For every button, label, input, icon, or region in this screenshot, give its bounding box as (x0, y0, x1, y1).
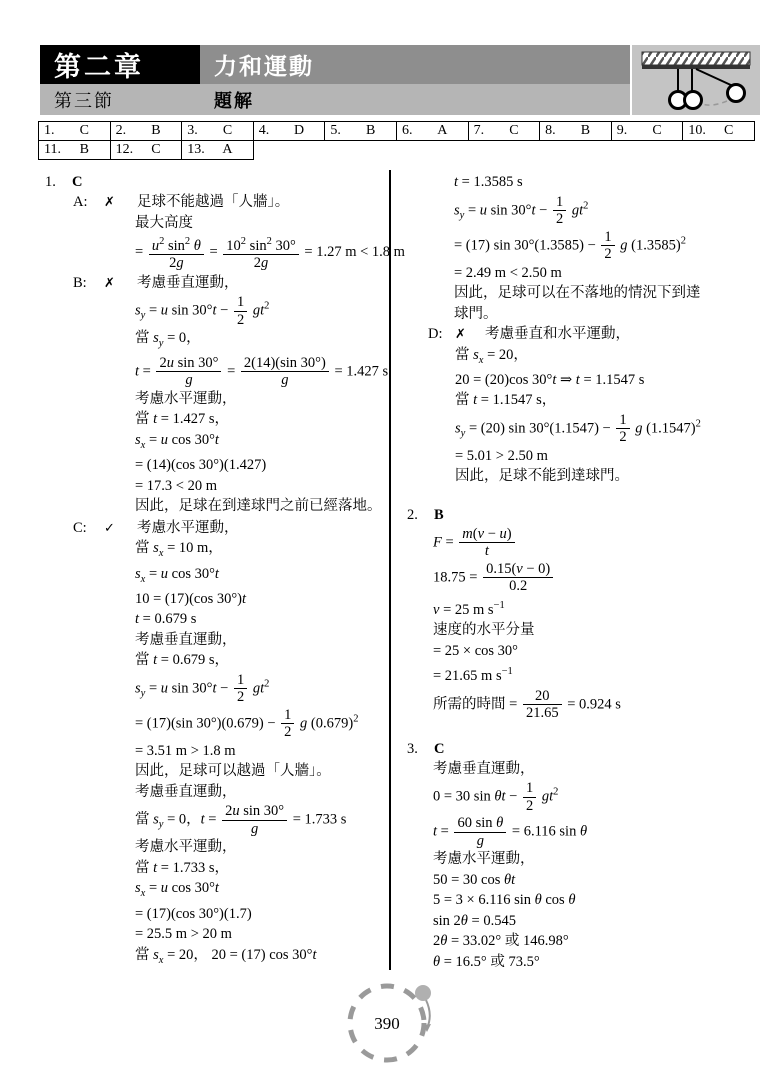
solution-line: = 3.51 m > 1.8 m (135, 742, 388, 762)
solution-line: sy = u sin 30°t − 12 gt2 (135, 294, 388, 328)
question-number: 9. (612, 123, 644, 139)
solution-lines: 考慮垂直運動，0 = 30 sin θt − 12 gt2t = 60 sin … (433, 760, 774, 973)
solution-line: 當 sx = 20， 20 = (17) cos 30°t (135, 946, 388, 970)
answer-letter: C (143, 142, 182, 158)
answer-cell: 13.A (181, 140, 254, 160)
answer-letter: C (715, 123, 754, 139)
question-heading: 3.C (402, 741, 774, 758)
solution-line: = (14)(cos 30°)(1.427) (135, 456, 388, 476)
solution-line: 當 t = 1.733 s， (135, 859, 388, 879)
answer-letter: C (72, 174, 82, 190)
solution-line: 因此，足球不能到達球門。 (455, 467, 774, 487)
question-number: 1. (39, 123, 71, 139)
solution-line: 速度的水平分量 (433, 621, 774, 641)
solution-line: sy = u sin 30°t − 12 gt2 (135, 672, 388, 706)
question-number: 8. (540, 123, 572, 139)
solution-line: = 5.01 > 2.50 m (455, 447, 774, 467)
solution-line: 考慮水平運動， (135, 390, 388, 410)
section-title: 題解 (200, 87, 254, 113)
solution-line: 5 = 3 × 6.116 sin θ cos θ (433, 891, 774, 911)
solution-line: = (17) sin 30°(1.3585) − 12 g (1.3585)2 (454, 229, 774, 263)
answer-letter: B (434, 507, 444, 523)
solution-line: 當 sy = 0， (135, 329, 388, 353)
answer-cell: 9.C (611, 121, 684, 141)
solution-line: = 17.3 < 20 m (135, 477, 388, 497)
solution-line: 10 = (17)(cos 30°)t (135, 590, 388, 610)
answer-letter: C (214, 123, 253, 139)
solution-line: = 25.5 m > 20 m (135, 925, 388, 945)
solution-line: 18.75 = 0.15(v − 0)0.2 (433, 561, 774, 595)
cross-icon: ✗ (455, 325, 485, 345)
option-body: 最大高度= u2 sin2 θ2g = 102 sin2 30°2g = 1.2… (135, 214, 388, 272)
solution-line: 所需的時間 = 2021.65 = 0.924 s (433, 688, 774, 722)
solution-line: 當 sx = 10 m， (135, 539, 388, 563)
header-row-section: 第三節 題解 (40, 84, 630, 115)
column-divider (389, 170, 391, 970)
solution-line: 考慮垂直運動， (135, 631, 388, 651)
answer-letter: A (429, 123, 468, 139)
question-heading: 2.B (402, 507, 774, 524)
question-number: 2. (407, 507, 434, 524)
solution-line: 20 = (20)cos 30°t ⇒ t = 1.1547 s (455, 371, 774, 391)
question-number: 6. (397, 123, 429, 139)
orbit-ball-icon (415, 985, 431, 1001)
option-lead-text: 考慮垂直運動， (137, 274, 239, 294)
option-block: A:✗足球不能越過「人牆」。最大高度= u2 sin2 θ2g = 102 si… (40, 193, 388, 272)
option-row: B:✗考慮垂直運動， (40, 274, 388, 294)
header-bars: 第二章 力和運動 第三節 題解 (40, 45, 630, 115)
question-number: 13. (182, 142, 214, 158)
answer-letter: C (501, 123, 540, 139)
solution-line: t = 0.679 s (135, 610, 388, 630)
page-number-badge: 390 (330, 975, 460, 1070)
question-number: 3. (182, 123, 214, 139)
answer-cell: 4.D (253, 121, 326, 141)
option-row: C:✓考慮水平運動， (40, 519, 388, 539)
solution-line: F = m(v − u)t (433, 526, 774, 560)
option-label: C: (73, 519, 104, 539)
answer-cell: 10.C (682, 121, 755, 141)
answer-cell: 12.C (110, 140, 183, 160)
solution-line: θ = 16.5° 或 73.5° (433, 953, 774, 973)
answer-cell: 2.B (110, 121, 183, 141)
solution-line: = 21.65 m s−1 (433, 662, 774, 686)
solution-line: 最大高度 (135, 214, 388, 234)
solution-line: = (17)(sin 30°)(0.679) − 12 g (0.679)2 (135, 707, 388, 741)
option-label: D: (428, 325, 455, 345)
solution-line: 當 t = 1.427 s， (135, 410, 388, 430)
solution-line: sy = (20) sin 30°(1.1547) − 12 g (1.1547… (455, 412, 774, 446)
answer-letter: C (71, 123, 110, 139)
solution-line: 考慮水平運動， (433, 850, 774, 870)
solution-line: 當 sy = 0，t = 2u sin 30°g = 1.733 s (135, 803, 388, 837)
solution-line: 考慮垂直運動， (135, 783, 388, 803)
solution-line: = u2 sin2 θ2g = 102 sin2 30°2g = 1.27 m … (135, 234, 388, 272)
solution-line: sx = u cos 30°t (135, 431, 388, 455)
question-number: 4. (254, 123, 286, 139)
solution-lines: F = m(v − u)t18.75 = 0.15(v − 0)0.2v = 2… (433, 526, 774, 722)
question-number: 5. (325, 123, 357, 139)
solution-line: 50 = 30 cos θt (433, 871, 774, 891)
solution-line: 因此，足球可以越過「人牆」。 (135, 762, 388, 782)
header: 第二章 力和運動 第三節 題解 (40, 45, 762, 115)
answer-letter: A (214, 142, 253, 158)
solution-line: 2θ = 33.02° 或 146.98° (433, 932, 774, 952)
question-number: 11. (39, 142, 71, 158)
question-number: 7. (469, 123, 501, 139)
question-number: 10. (683, 123, 715, 139)
option-body: sy = u sin 30°t − 12 gt2當 sy = 0，t = 2u … (135, 294, 388, 516)
option-row: D:✗考慮垂直和水平運動， (402, 325, 774, 345)
answer-cell: 8.B (539, 121, 612, 141)
solution-line: = 2.49 m < 2.50 m (454, 264, 774, 284)
option-label: B: (73, 274, 104, 294)
answer-letter: D (286, 123, 325, 139)
answer-table-row: 11.B12.C13.A (38, 140, 755, 160)
question-number: 1. (45, 174, 72, 191)
question-number: 12. (111, 142, 143, 158)
solution-line: 當 sx = 20， (455, 346, 774, 370)
option-lead-text: 足球不能越過「人牆」。 (137, 193, 289, 213)
answer-cell: 1.C (38, 121, 111, 141)
option-block: C:✓考慮水平運動，當 sx = 10 m，sx = u cos 30°t10 … (40, 519, 388, 971)
solution-line: t = 1.3585 s (454, 173, 774, 193)
chapter-title: 力和運動 (200, 45, 630, 84)
check-icon: ✓ (104, 519, 137, 539)
solution-lines: t = 1.3585 ssy = u sin 30°t − 12 gt2= (1… (454, 173, 774, 324)
answer-letter: C (434, 741, 444, 757)
solution-line: sin 2θ = 0.545 (433, 912, 774, 932)
solution-line: sy = u sin 30°t − 12 gt2 (454, 194, 774, 228)
page-number: 390 (374, 1014, 400, 1033)
solution-line: t = 2u sin 30°g = 2(14)(sin 30°)g = 1.42… (135, 355, 388, 389)
answer-letter: B (572, 123, 611, 139)
solution-column-right: t = 1.3585 ssy = u sin 30°t − 12 gt2= (1… (402, 172, 774, 973)
answer-letter: C (644, 123, 683, 139)
chapter-badge: 第二章 (40, 45, 200, 84)
newtons-cradle-icon (632, 45, 760, 115)
solution-column-left: 1.CA:✗足球不能越過「人牆」。最大高度= u2 sin2 θ2g = 102… (40, 172, 388, 972)
solution-line: 考慮水平運動， (135, 838, 388, 858)
cross-icon: ✗ (104, 274, 137, 294)
section-label: 第三節 (40, 87, 200, 113)
solution-line: = (17)(cos 30°)(1.7) (135, 905, 388, 925)
option-lead-text: 考慮垂直和水平運動， (485, 325, 630, 345)
solution-line: 當 t = 1.1547 s， (455, 391, 774, 411)
answer-table-row: 1.C2.B3.C4.D5.B6.A7.C8.B9.C10.C (38, 121, 755, 141)
answer-cell: 11.B (38, 140, 111, 160)
answer-letter: B (357, 123, 396, 139)
cross-icon: ✗ (104, 193, 137, 213)
answer-key-table: 1.C2.B3.C4.D5.B6.A7.C8.B9.C10.C11.B12.C1… (38, 121, 755, 160)
spacer (402, 723, 774, 739)
answer-cell: 5.B (324, 121, 397, 141)
solution-line: t = 60 sin θg = 6.116 sin θ (433, 815, 774, 849)
solution-line: sx = u cos 30°t (135, 565, 388, 589)
answer-cell: 7.C (468, 121, 541, 141)
answer-letter: B (71, 142, 110, 158)
question-heading: 1.C (40, 174, 388, 191)
answer-letter: B (143, 123, 182, 139)
solution-line: 當 t = 0.679 s， (135, 651, 388, 671)
question-number: 2. (111, 123, 143, 139)
solution-line: 因此，足球可以在不落地的情況下到達 (454, 284, 774, 304)
option-lead-text: 考慮水平運動， (137, 519, 239, 539)
solution-line: v = 25 m s−1 (433, 596, 774, 620)
option-body: 當 sx = 10 m，sx = u cos 30°t10 = (17)(cos… (135, 539, 388, 970)
option-body: 當 sx = 20，20 = (20)cos 30°t ⇒ t = 1.1547… (455, 346, 774, 487)
solution-line: sx = u cos 30°t (135, 879, 388, 903)
header-row-chapter: 第二章 力和運動 (40, 45, 630, 84)
option-block: B:✗考慮垂直運動，sy = u sin 30°t − 12 gt2當 sy =… (40, 274, 388, 517)
option-block: D:✗考慮垂直和水平運動，當 sx = 20，20 = (20)cos 30°t… (402, 325, 774, 487)
option-label: A: (73, 193, 104, 213)
question-number: 3. (407, 741, 434, 758)
solution-line: 因此，足球在到達球門之前已經落地。 (135, 497, 388, 517)
solution-line: 考慮垂直運動， (433, 760, 774, 780)
option-row: A:✗足球不能越過「人牆」。 (40, 193, 388, 213)
answer-cell: 6.A (396, 121, 469, 141)
solution-line: 0 = 30 sin θt − 12 gt2 (433, 780, 774, 814)
spacer (402, 489, 774, 505)
solution-line: 球門。 (454, 305, 774, 325)
answer-cell: 3.C (181, 121, 254, 141)
solution-line: = 25 × cos 30° (433, 642, 774, 662)
